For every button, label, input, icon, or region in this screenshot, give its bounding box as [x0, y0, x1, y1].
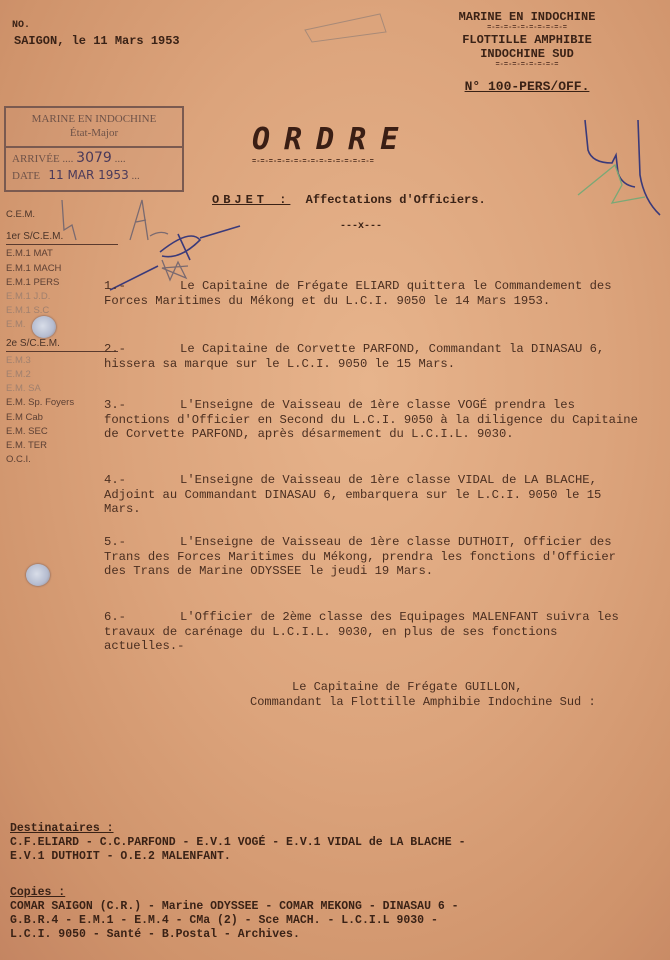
routing-item: E.M.: [6, 318, 118, 332]
faint-stamp-mark: [300, 8, 390, 44]
signature-block: Le Capitaine de Frégate GUILLON, Command…: [250, 680, 650, 710]
signature-line-2: Commandant la Flottille Amphibie Indochi…: [250, 695, 650, 710]
routing-item: E.M.1 S.C: [6, 304, 118, 318]
copies-label: Copies :: [10, 886, 650, 900]
letterhead-divider: =-=-=-=-=-=-=-=-=-=: [432, 24, 622, 33]
punch-hole: [32, 316, 56, 338]
stamp-arrivee-number: 3079: [76, 150, 112, 166]
paragraph-text: L'Enseigne de Vaisseau de 1ère classe VO…: [104, 398, 638, 441]
letterhead-line-2: FLOTTILLE AMPHIBIE: [432, 33, 622, 47]
paragraph-number: 4.-: [104, 473, 180, 488]
routing-item: E.M Cab: [6, 411, 118, 425]
copies-line: L.C.I. 9050 - Santé - B.Postal - Archive…: [10, 928, 650, 942]
order-paragraph-5: 5.-L'Enseigne de Vaisseau de 1ère classe…: [104, 535, 644, 579]
document-title: ORDRE: [252, 122, 412, 157]
stamp-subtitle: État-Major: [6, 126, 182, 140]
letterhead: MARINE EN INDOCHINE =-=-=-=-=-=-=-=-=-= …: [432, 10, 622, 94]
paragraph-text: L'Enseigne de Vaisseau de 1ère classe DU…: [104, 535, 616, 578]
routing-item: E.M.2: [6, 368, 118, 382]
order-paragraph-2: 2.-Le Capitaine de Corvette PARFOND, Com…: [104, 342, 644, 371]
punch-hole: [26, 564, 50, 586]
copies-line: G.B.R.4 - E.M.1 - E.M.4 - CMa (2) - Sce …: [10, 914, 650, 928]
paragraph-number: 1.-: [104, 279, 180, 294]
routing-item: E.M. Sp. Foyers: [6, 396, 118, 410]
order-paragraph-3: 3.-L'Enseigne de Vaisseau de 1ère classe…: [104, 398, 644, 442]
paragraph-number: 2.-: [104, 342, 180, 357]
routing-item: E.M. TER: [6, 439, 118, 453]
copies-line: COMAR SAIGON (C.R.) - Marine ODYSSEE - C…: [10, 900, 650, 914]
order-paragraph-1: 1.-Le Capitaine de Frégate ELIARD quitte…: [104, 279, 644, 308]
place-and-date: SAIGON, le 11 Mars 1953: [14, 34, 180, 48]
stamp-date-value: 11 MAR 1953: [48, 168, 128, 182]
paragraph-text: Le Capitaine de Frégate ELIARD quittera …: [104, 279, 612, 308]
order-paragraph-6: 6.-L'Officier de 2ème classe des Equipag…: [104, 610, 644, 654]
routing-item: O.C.I.: [6, 453, 118, 467]
stamp-date-label: DATE: [12, 170, 40, 182]
signature-line-1: Le Capitaine de Frégate GUILLON,: [250, 680, 650, 695]
routing-section-2-header: 2e S/C.E.M.: [6, 337, 118, 352]
letterhead-line-3: INDOCHINE SUD: [432, 47, 622, 61]
letterhead-line-1: MARINE EN INDOCHINE: [432, 10, 622, 24]
paragraph-number: 3.-: [104, 398, 180, 413]
recipients-line: C.F.ELIARD - C.C.PARFOND - E.V.1 VOGÉ - …: [10, 836, 650, 850]
reference-number-label: NO.: [12, 20, 30, 31]
stamp-arrivee-label: ARRIVÉE: [12, 153, 60, 165]
subject-text: Affectations d'Officiers.: [306, 193, 486, 207]
routing-item: E.M. SA: [6, 382, 118, 396]
recipients-block: Destinataires : C.F.ELIARD - C.C.PARFOND…: [10, 822, 650, 864]
paragraph-number: 5.-: [104, 535, 180, 550]
document-number: N° 100-PERS/OFF.: [432, 80, 622, 94]
order-paragraph-4: 4.-L'Enseigne de Vaisseau de 1ère classe…: [104, 473, 644, 517]
separator: ---x---: [340, 221, 382, 232]
letterhead-divider: =-=-=-=-=-=-=-=: [432, 61, 622, 70]
handwritten-mark-icon: [560, 115, 670, 225]
recipients-line: E.V.1 DUTHOIT - O.E.2 MALENFANT.: [10, 850, 650, 864]
routing-item: E.M.3: [6, 354, 118, 368]
paragraph-text: L'Officier de 2ème classe des Equipages …: [104, 610, 619, 653]
paragraph-text: Le Capitaine de Corvette PARFOND, Comman…: [104, 342, 604, 371]
routing-item: E.M. SEC: [6, 425, 118, 439]
paragraph-number: 6.-: [104, 610, 180, 625]
recipients-label: Destinataires :: [10, 822, 650, 836]
subject-line: OBJET : Affectations d'Officiers.: [212, 193, 486, 207]
reception-stamp: MARINE EN INDOCHINE État-Major ARRIVÉE .…: [4, 106, 184, 192]
title-underline: =-=-=-=-=-=-=-=-=-=-=-=-=-=-=: [252, 158, 374, 166]
copies-block: Copies : COMAR SAIGON (C.R.) - Marine OD…: [10, 886, 650, 942]
stamp-title: MARINE EN INDOCHINE: [6, 112, 182, 126]
